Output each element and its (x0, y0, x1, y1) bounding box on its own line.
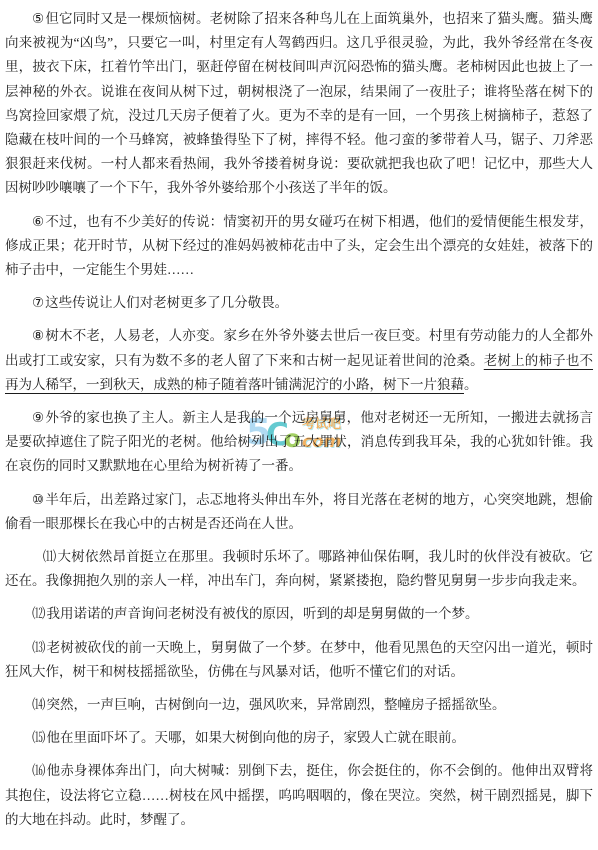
paragraph-8: ⑧树木不老，人易老，人亦变。家乡在外爷外婆去世后一夜巨变。村里有劳动能力的人全都… (5, 324, 593, 397)
paragraph-marker: ⑾ (43, 549, 58, 564)
text-segment: 外爷的家也换了主人。新主人是我的一个远房舅舅，他对老树还一无所知，一搬进去就扬言… (5, 410, 593, 473)
text-segment: 他在里面吓坏了。天哪，如果大树倒向他的房子，家毁人亡就在眼前。 (47, 730, 466, 745)
paragraph-6: ⑥不过，也有不少美好的传说：情窦初开的男女碰巧在树下相遇，他们的爱情便能生根发芽… (5, 210, 593, 283)
text-segment: 但它同时又是一棵烦恼树。老树除了招来各种鸟儿在上面筑巢外，也招来了猫头鹰。猫头鹰… (5, 11, 593, 195)
paragraph-13: ⒀老树被砍伐的前一天晚上，舅舅做了一个梦。在梦中，他看见黑色的天空闪出一道光，顿… (5, 636, 593, 684)
text-segment: 老树被砍伐的前一天晚上，舅舅做了一个梦。在梦中，他看见黑色的天空闪出一道光，顿时… (5, 640, 593, 679)
paragraph-9: ⑨外爷的家也换了主人。新主人是我的一个远房舅舅，他对老树还一无所知，一搬进去就扬… (5, 406, 593, 479)
paragraph-marker: ⑦ (32, 295, 45, 310)
paragraph-marker: ⒂ (32, 730, 47, 745)
paragraph-16: ⒃他赤身裸体奔出门，向大树喊：别倒下去，挺住，你会挺住的，你不会倒的。他伸出双臂… (5, 759, 593, 832)
text-segment: 突然，一声巨响，古树倒向一边，强风吹来，异常剧烈，整幢房子摇摇欲坠。 (47, 697, 506, 712)
text-segment: 不过，也有不少美好的传说：情窦初开的男女碰巧在树下相遇，他们的爱情便能生根发芽，… (5, 214, 593, 277)
paragraph-marker: ⑤ (32, 11, 45, 26)
paragraph-10: ⑩半年后，出差路过家门，忐忑地将头伸出车外，将目光落在老树的地方，心突突地跳，想… (5, 488, 593, 536)
paragraph-15: ⒂他在里面吓坏了。天哪，如果大树倒向他的房子，家毁人亡就在眼前。 (5, 726, 593, 750)
paragraph-marker: ⑩ (32, 492, 45, 507)
paragraph-marker: ⒃ (32, 763, 47, 778)
text-segment: 半年后，出差路过家门，忐忑地将头伸出车外，将目光落在老树的地方，心突突地跳，想偷… (5, 492, 593, 531)
text-segment: 这些传说让人们对老树更多了几分敬畏。 (45, 295, 288, 310)
paragraph-marker: ⒁ (32, 697, 47, 712)
text-segment: 大树依然昂首挺立在那里。我顿时乐坏了。哪路神仙保佑啊，我儿时的伙伴没有被砍。它还… (5, 549, 593, 588)
paragraph-marker: ⒀ (32, 640, 47, 655)
paragraph-marker: ⑧ (32, 328, 45, 343)
paragraph-7: ⑦这些传说让人们对老树更多了几分敬畏。 (5, 291, 593, 315)
text-segment: 他赤身裸体奔出门，向大树喊：别倒下去，挺住，你会挺住的，你不会倒的。他伸出双臂将… (5, 763, 593, 826)
paragraph-11: ⑾大树依然昂首挺立在那里。我顿时乐坏了。哪路神仙保佑啊，我儿时的伙伴没有被砍。它… (5, 545, 593, 593)
paragraph-marker: ⑨ (32, 410, 45, 425)
paragraph-marker: ⑥ (32, 214, 45, 229)
passage-text: ⑤但它同时又是一棵烦恼树。老树除了招来各种鸟儿在上面筑巢外，也招来了猫头鹰。猫头… (0, 0, 598, 832)
paragraph-14: ⒁突然，一声巨响，古树倒向一边，强风吹来，异常剧烈，整幢房子摇摇欲坠。 (5, 693, 593, 717)
paragraph-5: ⑤但它同时又是一棵烦恼树。老树除了招来各种鸟儿在上面筑巢外，也招来了猫头鹰。猫头… (5, 7, 593, 201)
text-segment: 。 (464, 377, 478, 392)
paragraph-12: ⑿我用诺诺的声音询问老树没有被伐的原因，听到的却是舅舅做的一个梦。 (5, 602, 593, 626)
text-segment: 我用诺诺的声音询问老树没有被伐的原因，听到的却是舅舅做的一个梦。 (47, 606, 479, 621)
document-page: ⑤但它同时又是一棵烦恼树。老树除了招来各种鸟儿在上面筑巢外，也招来了猫头鹰。猫头… (0, 0, 598, 850)
paragraph-marker: ⑿ (32, 606, 47, 621)
